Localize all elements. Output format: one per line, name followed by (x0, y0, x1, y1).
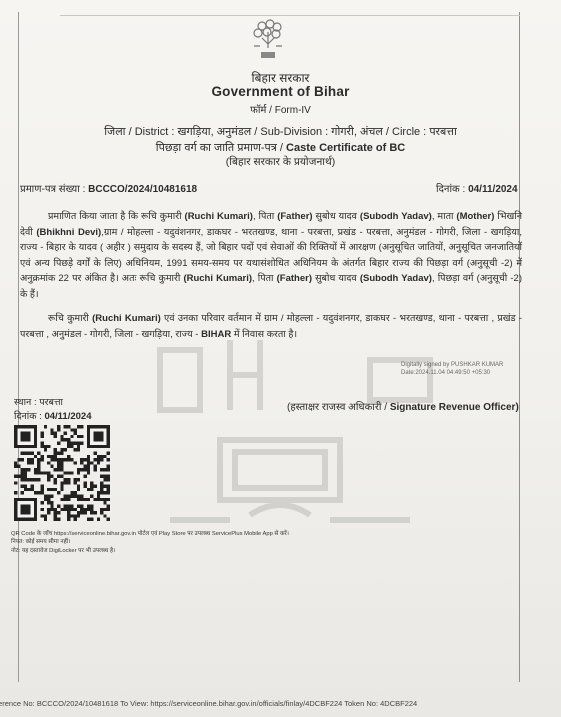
form-label: फॉर्म / Form-IV (0, 102, 561, 116)
digital-signature-date: Date:2024.11.04 04:49:50 +05:30 (401, 369, 503, 377)
caste-title-hindi: पिछड़ा वर्ग का जाति प्रमाण-पत्र / (156, 142, 283, 154)
certificate-number-value: BCCCO/2024/10481618 (88, 184, 197, 195)
bihar-emblem-icon (248, 18, 288, 62)
digital-signature: Digitally signed by PUSHKAR KUMAR Date:2… (401, 361, 503, 377)
place-date-block: स्थान : परबत्ता दिनांक : 04/11/2024 (14, 396, 92, 424)
qr-note: QR Code के जाँच https://serviceonline.bi… (11, 530, 289, 555)
title-english: Government of Bihar (0, 84, 561, 99)
district-label: जिला / District : (104, 126, 174, 138)
signature-label-english: Signature Revenue Officer) (390, 402, 519, 413)
digital-signature-signer: Digitally signed by PUSHKAR KUMAR (401, 361, 503, 369)
qr-note-digilocker: नोट: यह दस्तावेज DigiLocker पर भी उपलब्ध… (11, 547, 289, 555)
certificate-number-label: प्रमाण-पत्र संख्या : (20, 184, 85, 195)
circle-label: अंचल / Circle : (360, 126, 426, 138)
place-date-label: दिनांक : (14, 411, 42, 422)
circle-value: परबत्ता (429, 126, 456, 138)
subdivision-value: गोगरी, (331, 126, 357, 138)
place-value: परबत्ता (39, 397, 63, 408)
certificate-number: प्रमाण-पत्र संख्या : BCCCO/2024/10481618 (20, 181, 197, 195)
top-divider (60, 15, 520, 16)
district-value: खगड़िया, (177, 126, 213, 138)
signature-label: (हस्ताक्षर राजस्व अधिकारी / Signature Re… (287, 399, 519, 413)
signature-label-hindi: (हस्ताक्षर राजस्व अधिकारी / (287, 402, 387, 413)
qr-note-validity: नियत: कोई समय सीमा नहीं। (11, 538, 289, 546)
certification-paragraph: प्रमाणित किया जाता है कि रूचि कुमारी (Ru… (20, 209, 522, 302)
caste-certificate-title: पिछड़ा वर्ग का जाति प्रमाण-पत्र / Caste … (0, 140, 561, 155)
issue-date: दिनांक : 04/11/2024 (436, 181, 518, 195)
issue-date-value: 04/11/2024 (468, 184, 518, 195)
qr-note-verify: QR Code के जाँच https://serviceonline.bi… (11, 530, 289, 538)
subdivision-label: अनुमंडल / Sub-Division : (217, 126, 328, 138)
issue-date-label: दिनांक : (436, 184, 465, 195)
qr-code-icon[interactable] (14, 425, 110, 521)
district-line: जिला / District : खगड़िया, अनुमंडल / Sub… (0, 124, 561, 139)
caste-title-english: Caste Certificate of BC (286, 142, 405, 154)
place-date-value: 04/11/2024 (44, 411, 91, 422)
footer-reference: ference No: BCCCO/2024/10481618 To View:… (0, 699, 417, 708)
place-label: स्थान : (14, 397, 37, 408)
purpose-note: (बिहार सरकार के प्रयोजनार्थ) (0, 155, 561, 169)
residence-paragraph: रूचि कुमारी (Ruchi Kumari) एवं उनका परिव… (20, 311, 522, 342)
